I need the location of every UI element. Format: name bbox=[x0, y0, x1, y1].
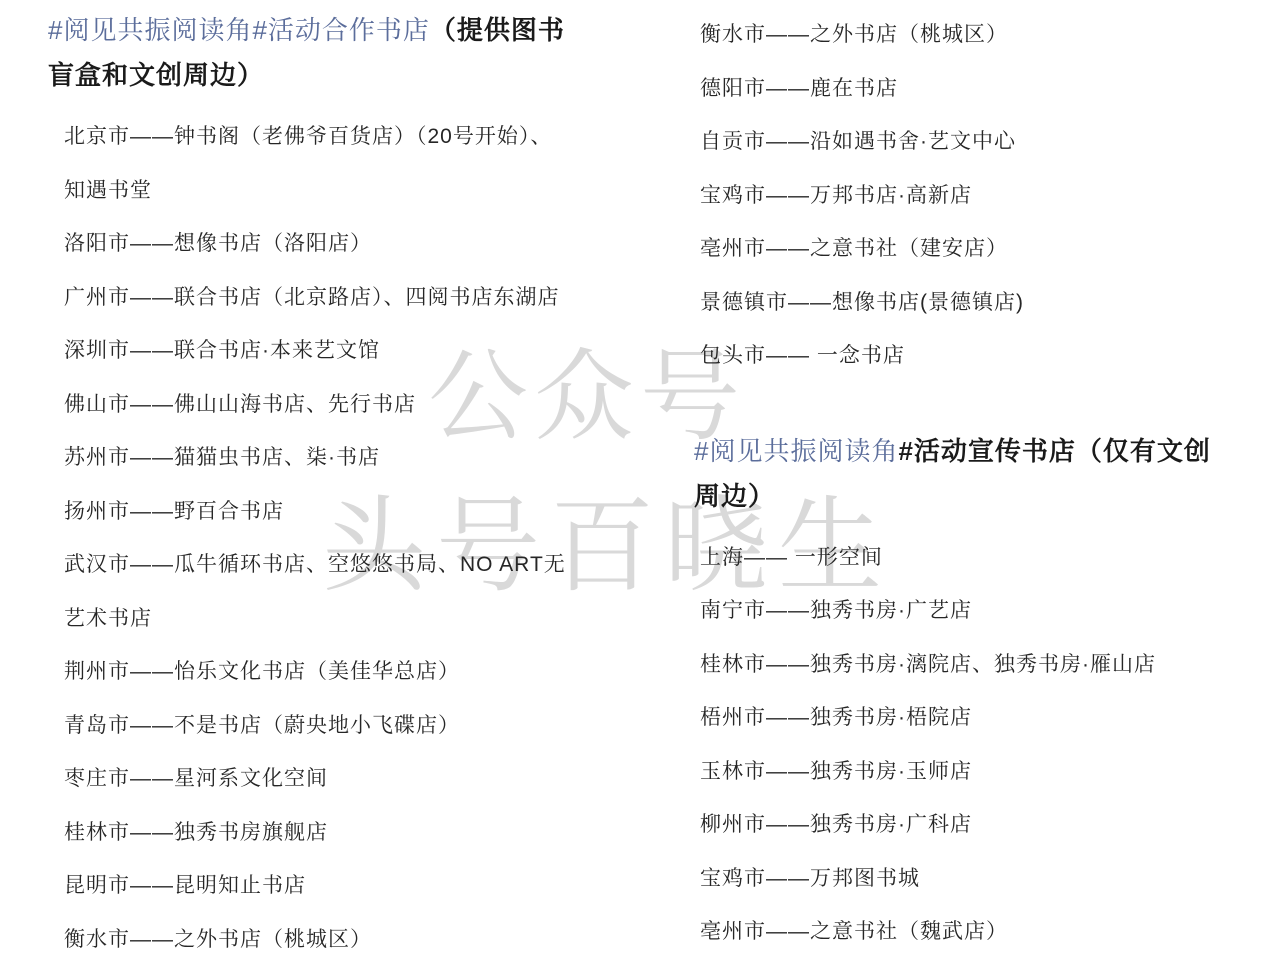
bookstore-list-item: 宝鸡市——万邦书店·高新店 bbox=[694, 169, 1224, 223]
bookstore-list-item: 广州市——联合书店（北京路店）、四阅书店东湖店 bbox=[48, 271, 572, 325]
bookstore-list-item: 佛山市——佛山山海书店、先行书店 bbox=[48, 378, 572, 432]
bookstore-list-item: 苏州市——猫猫虫书店、柒·书店 bbox=[48, 431, 572, 485]
hashtag-topic-link[interactable]: #阅见共振阅读角#活动合作书店 bbox=[48, 15, 430, 45]
section-title-cooperation: #阅见共振阅读角#活动合作书店（提供图书盲盒和文创周边） bbox=[48, 8, 572, 98]
bookstore-list-item: 柳州市——独秀书房·广科店 bbox=[694, 798, 1224, 852]
bookstore-list-item: 武汉市——瓜牛循环书店、空悠悠书局、NO ART无艺术书店 bbox=[48, 538, 572, 645]
bookstore-list-item: 衡水市——之外书店（桃城区） bbox=[48, 913, 572, 960]
bookstore-list-item: 南宁市——独秀书房·广艺店 bbox=[694, 584, 1224, 638]
bookstore-list-item: 梧州市——独秀书房·梧院店 bbox=[694, 691, 1224, 745]
section-title-promotion: #阅见共振阅读角#活动宣传书店（仅有文创周边） bbox=[694, 429, 1224, 519]
bookstore-list-item: 北京市——钟书阁（老佛爷百货店）（20号开始）、知遇书堂 bbox=[48, 110, 572, 217]
bookstore-list-item: 昆明市——昆明知止书店 bbox=[48, 859, 572, 913]
bookstore-list-item: 德阳市——鹿在书店 bbox=[694, 62, 1224, 116]
bookstore-list-item: 青岛市——不是书店（蔚央地小飞碟店） bbox=[48, 699, 572, 753]
bookstore-list-item: 自贡市——沿如遇书舍·艺文中心 bbox=[694, 115, 1224, 169]
bookstore-list-item: 亳州市——之意书社（建安店） bbox=[694, 222, 1224, 276]
bookstore-list-item: 深圳市——联合书店·本来艺文馆 bbox=[48, 324, 572, 378]
hashtag-topic-link[interactable]: #阅见共振阅读角 bbox=[694, 436, 898, 466]
bookstore-list-item: 桂林市——独秀书房旗舰店 bbox=[48, 806, 572, 860]
document-page: 公众号 头号百晓生 #阅见共振阅读角#活动合作书店（提供图书盲盒和文创周边） 北… bbox=[0, 0, 1280, 960]
bookstore-list-item: 枣庄市——星河系文化空间 bbox=[48, 752, 572, 806]
left-column: #阅见共振阅读角#活动合作书店（提供图书盲盒和文创周边） 北京市——钟书阁（老佛… bbox=[48, 8, 572, 960]
bookstore-list-item: 洛阳市——想像书店（洛阳店） bbox=[48, 217, 572, 271]
bookstore-list-item: 荆州市——怡乐文化书店（美佳华总店） bbox=[48, 645, 572, 699]
bookstore-list-item: 上海—— 一形空间 bbox=[694, 531, 1224, 585]
bookstore-list-item: 衡水市——之外书店（桃城区） bbox=[694, 8, 1224, 62]
bookstore-list-item: 宝鸡市——万邦图书城 bbox=[694, 852, 1224, 906]
right-column: 衡水市——之外书店（桃城区） 德阳市——鹿在书店 自贡市——沿如遇书舍·艺文中心… bbox=[694, 8, 1224, 959]
bookstore-list-item: 扬州市——野百合书店 bbox=[48, 485, 572, 539]
bookstore-list-item: 桂林市——独秀书房·漓院店、独秀书房·雁山店 bbox=[694, 638, 1224, 692]
bookstore-list-item: 玉林市——独秀书房·玉师店 bbox=[694, 745, 1224, 799]
bookstore-list-item: 景德镇市——想像书店(景德镇店) bbox=[694, 276, 1224, 330]
bookstore-list-item: 亳州市——之意书社（魏武店） bbox=[694, 905, 1224, 959]
bookstore-list-item: 包头市—— 一念书店 bbox=[694, 329, 1224, 383]
